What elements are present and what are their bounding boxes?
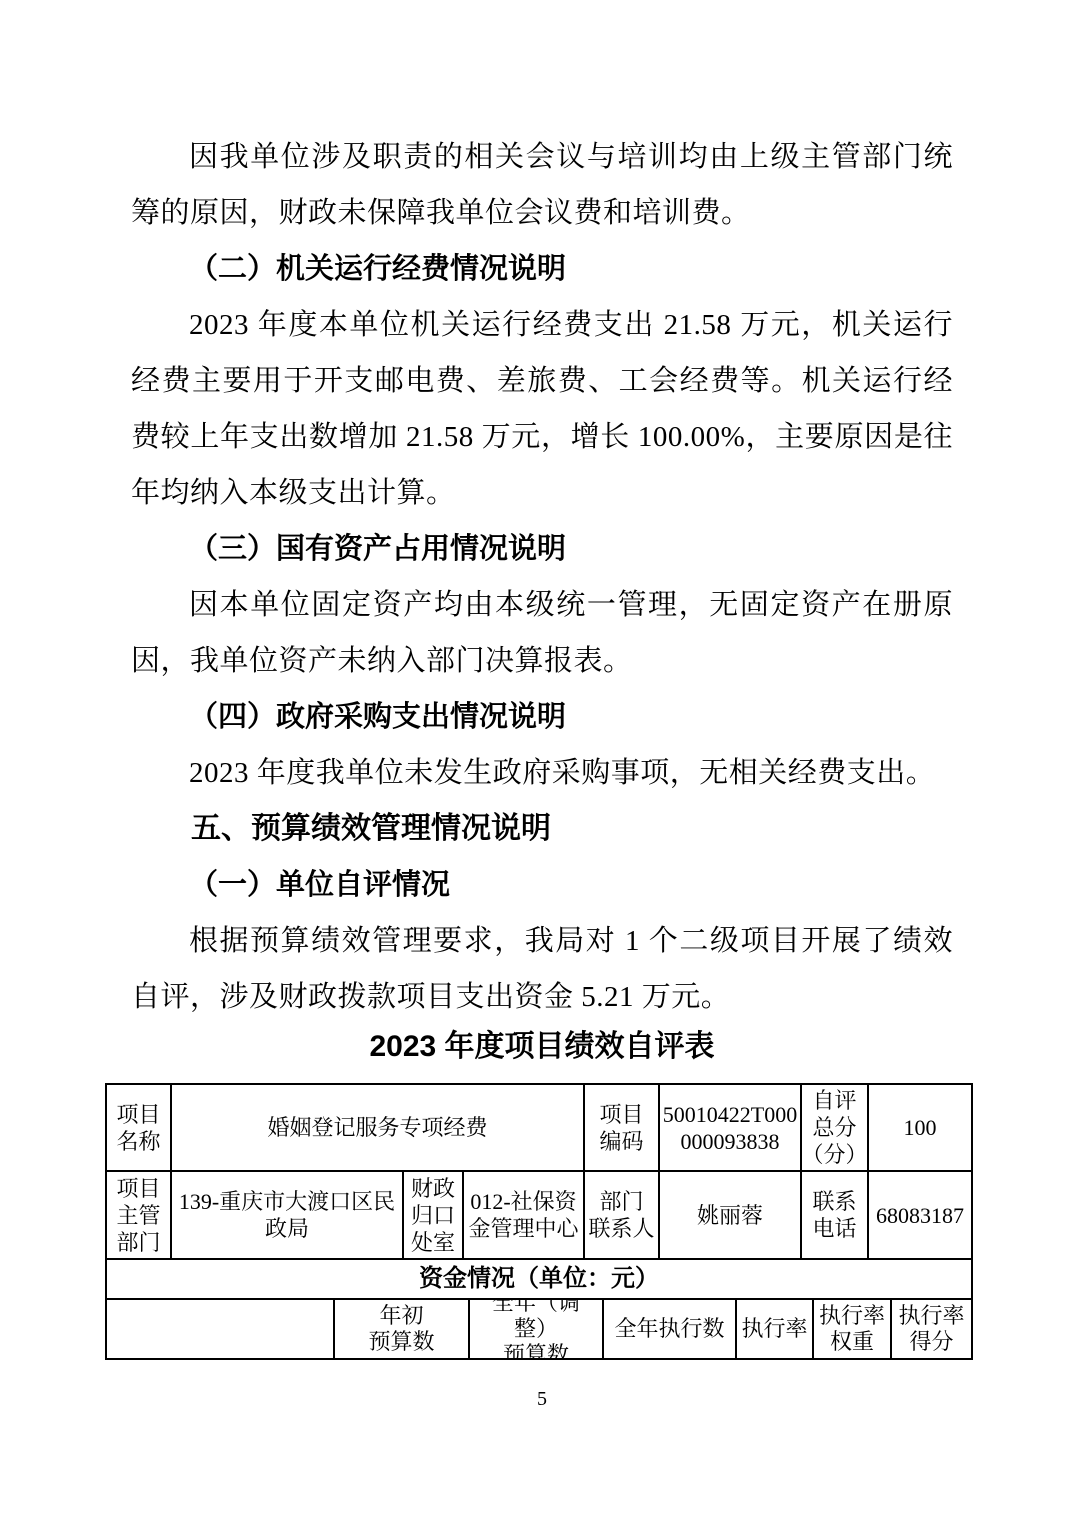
cell-project-name-value: 婚姻登记服务专项经费 [172, 1085, 585, 1170]
cell-project-code-label: 项目 编码 [585, 1085, 660, 1170]
table-row-project-info: 项目 名称 婚姻登记服务专项经费 项目 编码 50010422T000 0000… [107, 1085, 971, 1172]
heading-state-assets: （三）国有资产占用情况说明 [131, 521, 953, 577]
table-row-funds-columns: 年初 预算数 全年（调整） 预算数 全年执行数 执行率 执行率 权重 执行率 得… [107, 1300, 971, 1358]
cell-competent-dept-label: 项目 主管 部门 [107, 1172, 172, 1258]
cell-execution-rate-score-header: 执行率 得分 [892, 1300, 971, 1358]
heading-budget-performance: 五、预算绩效管理情况说明 [131, 801, 953, 857]
table-row-department-info: 项目 主管 部门 139-重庆市大渡口区民 政局 财政 归口 处室 012-社保… [107, 1172, 971, 1260]
cell-project-name-label: 项目 名称 [107, 1085, 172, 1170]
cell-project-code-value: 50010422T000 000093838 [660, 1085, 802, 1170]
cell-contact-phone-label: 联系 电话 [802, 1172, 869, 1258]
cell-execution-rate-weight-header: 执行率 权重 [814, 1300, 892, 1358]
heading-operating-cost: （二）机关运行经费情况说明 [131, 241, 953, 297]
cell-dept-contact-value: 姚丽蓉 [660, 1172, 802, 1258]
table-title: 2023 年度项目绩效自评表 [131, 1025, 953, 1069]
cell-finance-office-label: 财政 归口 处室 [404, 1172, 464, 1258]
cell-finance-office-value: 012-社保资 金管理中心 [464, 1172, 585, 1258]
cell-self-eval-score-value: 100 [869, 1085, 971, 1170]
paragraph-government-procurement: 2023 年度我单位未发生政府采购事项，无相关经费支出。 [131, 745, 953, 801]
page-number: 5 [131, 1386, 953, 1412]
cell-contact-phone-value: 68083187 [869, 1172, 971, 1258]
cell-dept-contact-label: 部门 联系人 [585, 1172, 660, 1258]
cell-execution-rate-header: 执行率 [737, 1300, 814, 1358]
document-page: 因我单位涉及职责的相关会议与培训均由上级主管部门统筹的原因，财政未保障我单位会议… [0, 0, 1074, 1520]
cell-corner-empty [107, 1300, 335, 1358]
paragraph-state-assets: 因本单位固定资产均由本级统一管理，无固定资产在册原因，我单位资产未纳入部门决算报… [131, 577, 953, 689]
paragraph-operating-cost: 2023 年度本单位机关运行经费支出 21.58 万元，机关运行经费主要用于开支… [131, 297, 953, 521]
cell-funds-section-header: 资金情况（单位：元） [107, 1260, 971, 1298]
paragraph-self-evaluation: 根据预算绩效管理要求，我局对 1 个二级项目开展了绩效自评，涉及财政拨款项目支出… [131, 913, 953, 1025]
cell-self-eval-score-label: 自评 总分 （分） [802, 1085, 869, 1170]
heading-unit-self-evaluation: （一）单位自评情况 [131, 857, 953, 913]
paragraph-meetings-training: 因我单位涉及职责的相关会议与培训均由上级主管部门统筹的原因，财政未保障我单位会议… [131, 129, 953, 241]
table-row-funds-header: 资金情况（单位：元） [107, 1260, 971, 1300]
cell-competent-dept-value: 139-重庆市大渡口区民 政局 [172, 1172, 404, 1258]
cell-annual-execution-header: 全年执行数 [604, 1300, 737, 1358]
document-content: 因我单位涉及职责的相关会议与培训均由上级主管部门统筹的原因，财政未保障我单位会议… [131, 0, 953, 1412]
heading-government-procurement: （四）政府采购支出情况说明 [131, 689, 953, 745]
cell-adjusted-budget-header: 全年（调整） 预算数 [470, 1300, 604, 1358]
cell-initial-budget-header: 年初 预算数 [335, 1300, 470, 1358]
performance-self-eval-table: 项目 名称 婚姻登记服务专项经费 项目 编码 50010422T000 0000… [105, 1083, 973, 1360]
